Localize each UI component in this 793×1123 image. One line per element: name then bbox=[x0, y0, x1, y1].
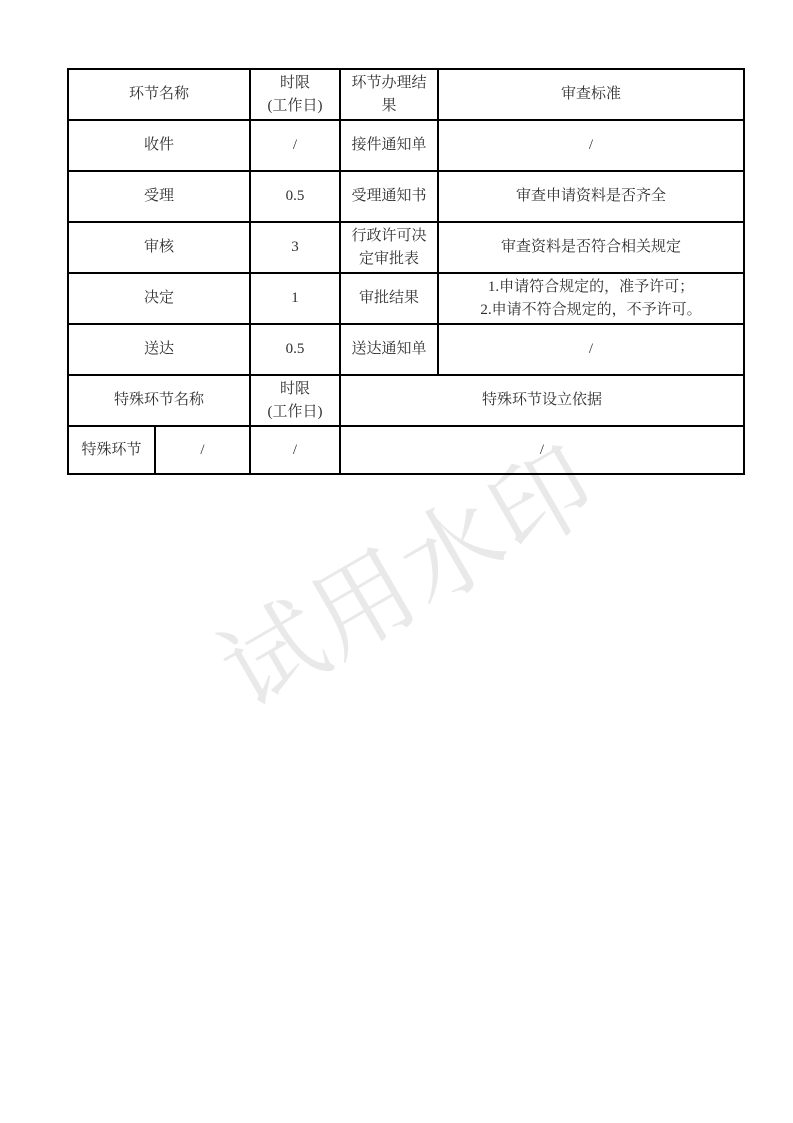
cell-step-result: 受理通知书 bbox=[340, 171, 438, 222]
table-header-row: 环节名称 时限 (工作日) 环节办理结果 审查标准 bbox=[68, 69, 744, 120]
header-review-standard: 审查标准 bbox=[438, 69, 744, 120]
cell-step-result: 行政许可决定审批表 bbox=[340, 222, 438, 273]
cell-review-standard: 审查申请资料是否齐全 bbox=[438, 171, 744, 222]
cell-special-step-label: 特殊环节 bbox=[68, 426, 155, 474]
cell-step-name: 受理 bbox=[68, 171, 250, 222]
table-row-receive: 收件 / 接件通知单 / bbox=[68, 120, 744, 171]
table-row-delivery: 送达 0.5 送达通知单 / bbox=[68, 324, 744, 375]
header-special-step-name: 特殊环节名称 bbox=[68, 375, 250, 426]
cell-time-limit: 3 bbox=[250, 222, 340, 273]
table-row-review: 审核 3 行政许可决定审批表 审查资料是否符合相关规定 bbox=[68, 222, 744, 273]
cell-step-result: 接件通知单 bbox=[340, 120, 438, 171]
table-special-header-row: 特殊环节名称 时限 (工作日) 特殊环节设立依据 bbox=[68, 375, 744, 426]
cell-special-step-name: / bbox=[155, 426, 250, 474]
cell-review-standard: 审查资料是否符合相关规定 bbox=[438, 222, 744, 273]
table-row-accept: 受理 0.5 受理通知书 审查申请资料是否齐全 bbox=[68, 171, 744, 222]
header-time-limit: 时限 (工作日) bbox=[250, 69, 340, 120]
cell-time-limit: / bbox=[250, 120, 340, 171]
header-special-time-limit: 时限 (工作日) bbox=[250, 375, 340, 426]
header-special-basis: 特殊环节设立依据 bbox=[340, 375, 744, 426]
header-step-name: 环节名称 bbox=[68, 69, 250, 120]
cell-step-name: 审核 bbox=[68, 222, 250, 273]
cell-time-limit: 0.5 bbox=[250, 171, 340, 222]
cell-special-basis: / bbox=[340, 426, 744, 474]
cell-review-standard: 1.申请符合规定的，准予许可； 2.申请不符合规定的，不予许可。 bbox=[438, 273, 744, 324]
cell-review-standard: / bbox=[438, 120, 744, 171]
cell-step-name: 决定 bbox=[68, 273, 250, 324]
cell-step-name: 收件 bbox=[68, 120, 250, 171]
cell-special-time-limit: / bbox=[250, 426, 340, 474]
cell-step-result: 送达通知单 bbox=[340, 324, 438, 375]
table-row-decision: 决定 1 审批结果 1.申请符合规定的，准予许可； 2.申请不符合规定的，不予许… bbox=[68, 273, 744, 324]
table-special-row: 特殊环节 / / / bbox=[68, 426, 744, 474]
cell-step-name: 送达 bbox=[68, 324, 250, 375]
header-step-result: 环节办理结果 bbox=[340, 69, 438, 120]
cell-time-limit: 0.5 bbox=[250, 324, 340, 375]
cell-time-limit: 1 bbox=[250, 273, 340, 324]
cell-review-standard: / bbox=[438, 324, 744, 375]
process-steps-table: 环节名称 时限 (工作日) 环节办理结果 审查标准 收件 / 接件通知单 / 受… bbox=[67, 68, 745, 475]
cell-step-result: 审批结果 bbox=[340, 273, 438, 324]
